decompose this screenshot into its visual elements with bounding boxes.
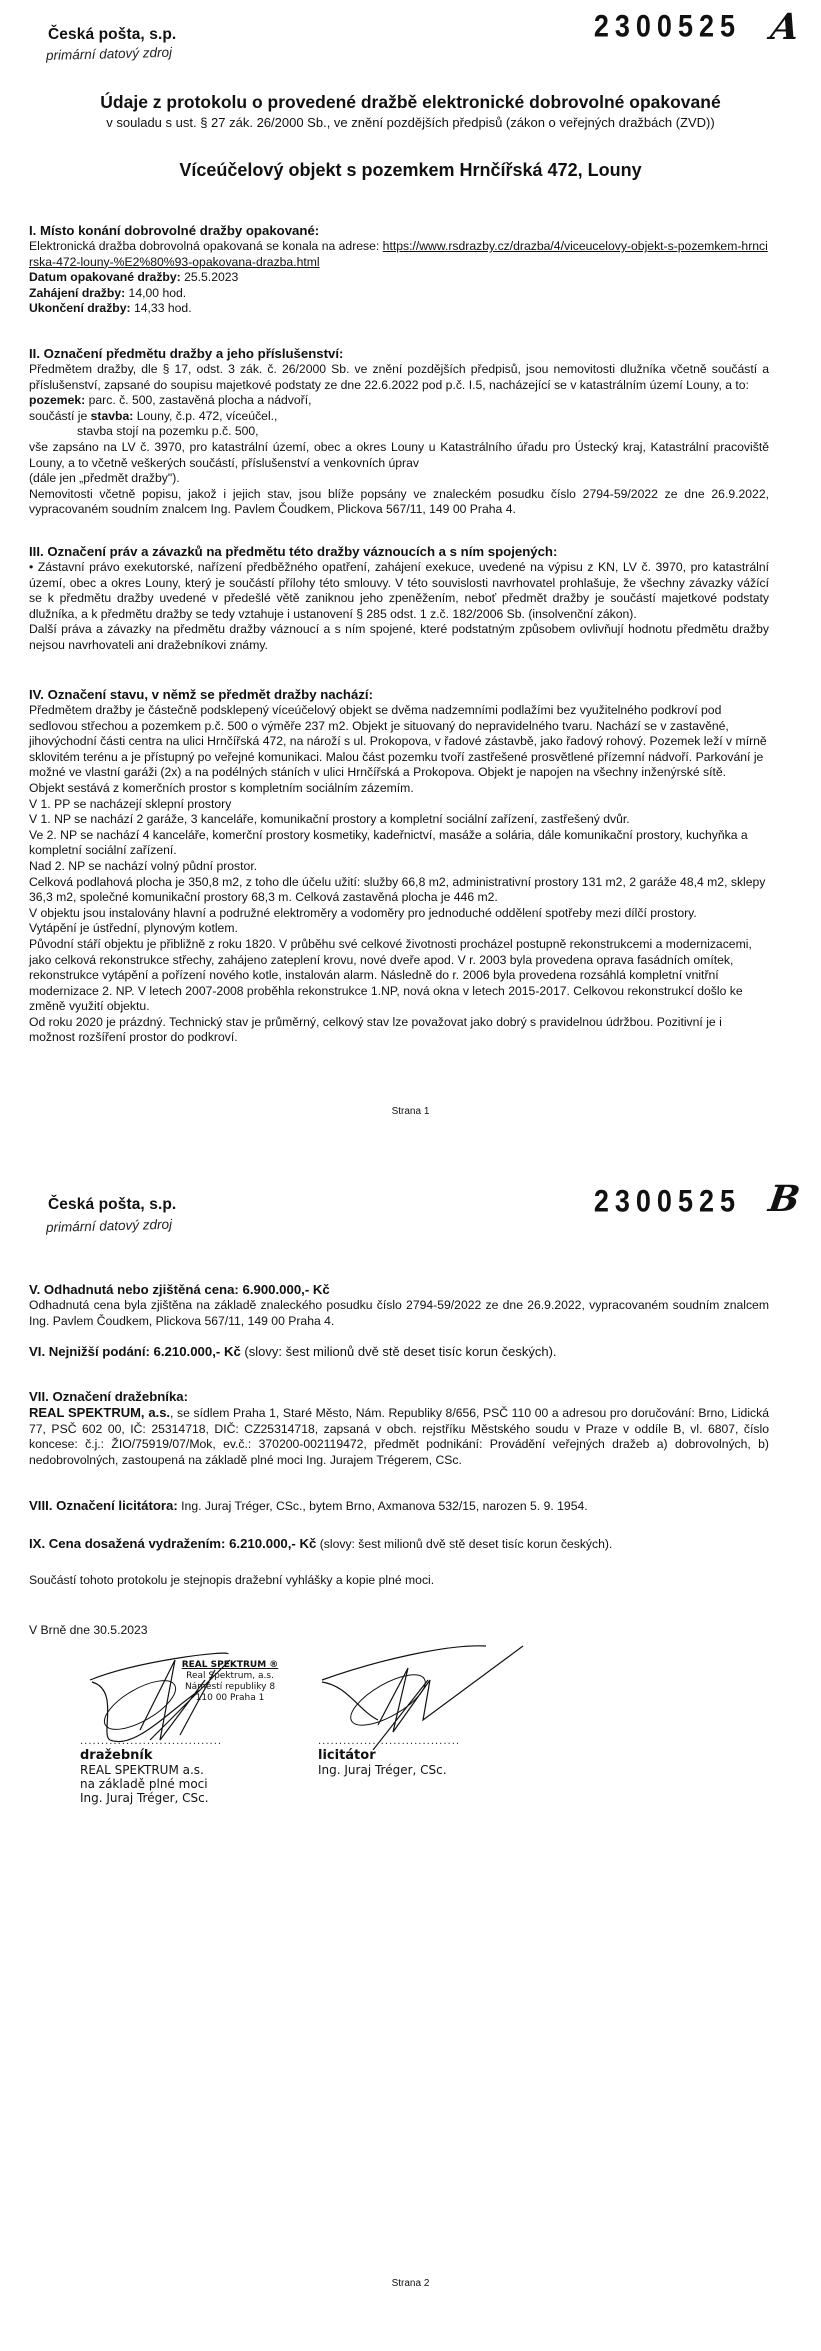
date-value: 25.5.2023: [181, 270, 239, 284]
section-5-heading: V. Odhadnutá nebo zjištěná cena: 6.900.0…: [29, 1281, 769, 1298]
section-4-line: V 1. PP se nacházejí sklepní prostory: [29, 797, 769, 813]
section-2: II. Označení předmětu dražby a jeho přís…: [29, 345, 769, 518]
auctioneer-signature-icon: [80, 1640, 300, 1750]
section-2-registry: vše zapsáno na LV č. 3970, pro katastrál…: [29, 440, 769, 471]
attachments-note: Součástí tohoto protokolu je stejnopis d…: [29, 1573, 769, 1589]
section-9-text: (slovy: šest milionů dvě stě deset tisíc…: [316, 1537, 612, 1551]
brand-name: Česká pošta, s.p.: [48, 26, 176, 44]
section-5: V. Odhadnutá nebo zjištěná cena: 6.900.0…: [29, 1281, 769, 1329]
section-4-line: Vytápění je ústřední, plynovým kotlem.: [29, 921, 769, 937]
section-4-line: Ve 2. NP se nachází 4 kanceláře, komerčn…: [29, 828, 769, 859]
place-date: V Brně dne 30.5.2023: [29, 1623, 769, 1639]
section-3-bullet: • Zástavní právo exekutorské, nařízení p…: [29, 560, 769, 622]
auctioneer-signature-block: .................................. draže…: [80, 1735, 222, 1805]
section-1-intro: Elektronická dražba dobrovolná opakovaná…: [29, 239, 383, 253]
building-prefix: součástí je: [29, 409, 91, 423]
section-3-paragraph: Další práva a závazky na předmětu dražby…: [29, 622, 769, 653]
auctioneer-company: REAL SPEKTRUM, a.s.: [29, 1405, 170, 1420]
section-1-heading: I. Místo konání dobrovolné dražby opakov…: [29, 222, 769, 239]
auctioneer-line: Ing. Juraj Tréger, CSc.: [80, 1791, 222, 1805]
page-number: Strana 2: [0, 2278, 821, 2289]
brand-subtitle: primární datový zdroj: [46, 45, 172, 63]
section-9-label: IX. Cena dosažená vydražením: 6.210.000,…: [29, 1536, 316, 1551]
auctioneer-line: na základě plné moci: [80, 1777, 222, 1791]
land-label: pozemek:: [29, 393, 85, 407]
building-label: stavba:: [91, 409, 134, 423]
licitator-line: Ing. Juraj Tréger, CSc.: [318, 1763, 460, 1777]
licitator-signature-icon: [318, 1640, 538, 1750]
signature-line: ..................................: [80, 1735, 222, 1749]
section-6-text: (slovy: šest milionů dvě stě deset tisíc…: [241, 1344, 557, 1359]
section-4: IV. Označení stavu, v němž se předmět dr…: [29, 686, 769, 1046]
section-1: I. Místo konání dobrovolné dražby opakov…: [29, 222, 769, 317]
brand-name: Česká pošta, s.p.: [48, 1196, 176, 1214]
document-subtitle: v souladu s ust. § 27 zák. 26/2000 Sb., …: [0, 115, 821, 130]
start-label: Zahájení dražby:: [29, 286, 125, 300]
section-8-text: Ing. Juraj Tréger, CSc., bytem Brno, Axm…: [178, 1499, 588, 1513]
section-2-expert-report: Nemovitosti včetně popisu, jakož i jejic…: [29, 487, 769, 518]
section-4-line: Nad 2. NP se nachází volný půdní prostor…: [29, 859, 769, 875]
document-title: Údaje z protokolu o provedené dražbě ele…: [0, 92, 821, 113]
section-4-line: Objekt sestává z komerčních prostor s ko…: [29, 781, 769, 797]
document-number: 2300525: [594, 9, 741, 45]
section-3-heading: III. Označení práv a závazků na předmětu…: [29, 543, 769, 560]
section-6-label: VI. Nejnižší podání: 6.210.000,- Kč: [29, 1344, 241, 1359]
section-2-heading: II. Označení předmětu dražby a jeho přís…: [29, 345, 769, 362]
section-4-line: Od roku 2020 je prázdný. Technický stav …: [29, 1015, 769, 1046]
section-4-line: Původní stáří objektu je přibližně z rok…: [29, 937, 769, 1015]
section-9: IX. Cena dosažená vydražením: 6.210.000,…: [29, 1535, 769, 1553]
section-3: III. Označení práv a závazků na předmětu…: [29, 543, 769, 654]
section-4-heading: IV. Označení stavu, v němž se předmět dr…: [29, 686, 769, 703]
section-8: VIII. Označení licitátora: Ing. Juraj Tr…: [29, 1497, 769, 1515]
end-value: 14,33 hod.: [131, 301, 192, 315]
licitator-role: licitátor: [318, 1749, 460, 1763]
building-location: stavba stojí na pozemku p.č. 500,: [29, 424, 769, 440]
page-number: Strana 1: [0, 1106, 821, 1117]
section-4-line: V 1. NP se nachází 2 garáže, 3 kanceláře…: [29, 812, 769, 828]
brand-subtitle: primární datový zdroj: [46, 1217, 172, 1235]
document-number: 2300525: [594, 1184, 741, 1220]
section-7-heading: VII. Označení dražebníka:: [29, 1388, 769, 1405]
auctioneer-line: REAL SPEKTRUM a.s.: [80, 1763, 222, 1777]
start-value: 14,00 hod.: [125, 286, 186, 300]
licitator-signature-block: .................................. licit…: [318, 1735, 460, 1777]
section-5-text: Odhadnutá cena byla zjištěna na základě …: [29, 1298, 769, 1329]
object-title: Víceúčelový objekt s pozemkem Hrnčířská …: [0, 160, 821, 181]
end-label: Ukončení dražby:: [29, 301, 131, 315]
document-letter: A: [768, 6, 802, 48]
date-label: Datum opakované dražby:: [29, 270, 181, 284]
section-7: VII. Označení dražebníka: REAL SPEKTRUM,…: [29, 1388, 769, 1468]
section-4-line: Předmětem dražby je částečně podsklepený…: [29, 703, 769, 781]
auctioneer-role: dražebník: [80, 1749, 222, 1763]
signature-line: ..................................: [318, 1735, 460, 1749]
building-value: Louny, č.p. 472, víceúčel.,: [133, 409, 277, 423]
section-2-definition: (dále jen „předmět dražby").: [29, 471, 769, 487]
land-value: parc. č. 500, zastavěná plocha a nádvoří…: [85, 393, 311, 407]
section-4-line: V objektu jsou instalovány hlavní a podr…: [29, 906, 769, 922]
section-2-paragraph: Předmětem dražby, dle § 17, odst. 3 zák.…: [29, 362, 769, 393]
section-6: VI. Nejnižší podání: 6.210.000,- Kč (slo…: [29, 1343, 769, 1361]
section-4-line: Celková podlahová plocha je 350,8 m2, z …: [29, 875, 769, 906]
document-letter: B: [766, 1178, 802, 1220]
section-8-label: VIII. Označení licitátora:: [29, 1498, 178, 1513]
page-1: Česká pošta, s.p. primární datový zdroj …: [0, 0, 821, 1160]
